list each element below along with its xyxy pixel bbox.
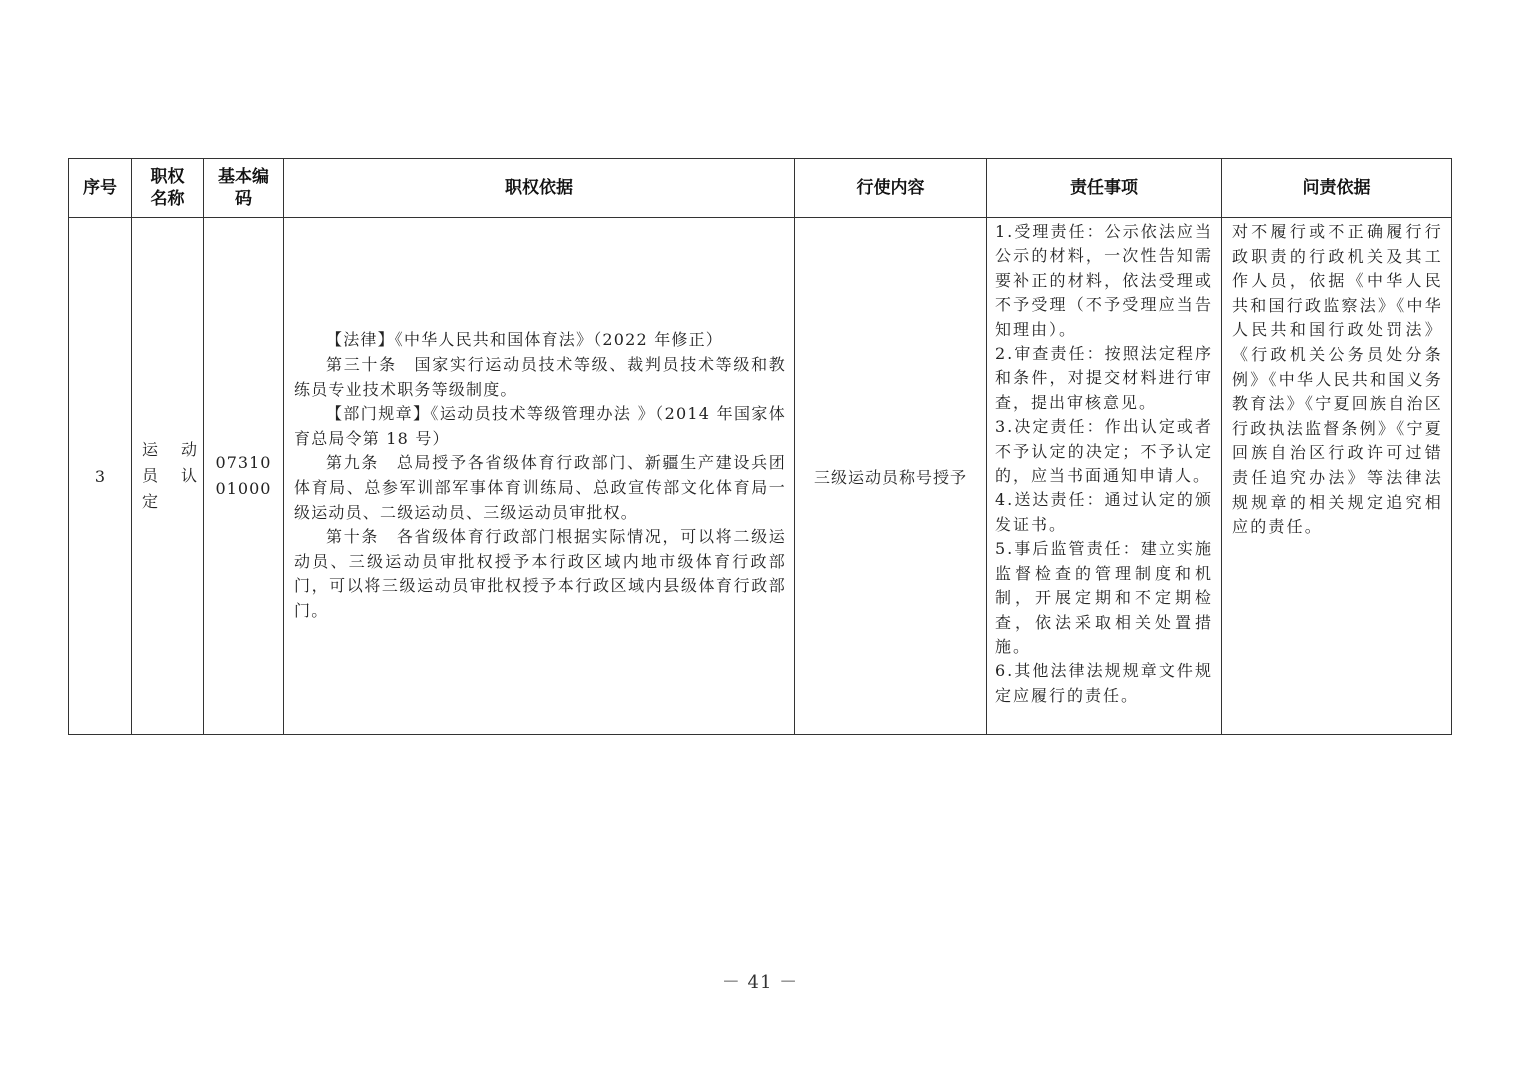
row-index: 3 xyxy=(69,218,132,735)
header-code: 基本编 码 xyxy=(204,159,284,218)
header-power-name: 职权 名称 xyxy=(132,159,204,218)
basis-paragraph: 【部门规章】《运动员技术等级管理办法 》（2014 年国家体育总局令第 18 号… xyxy=(294,402,786,451)
basis-paragraph: 【法律】《中华人民共和国体育法》（2022 年修正） xyxy=(294,328,786,353)
header-exercise-content: 行使内容 xyxy=(795,159,987,218)
duty-item: 1.受理责任：公示依法应当公示的材料，一次性告知需要补正的材料，依法受理或不予受… xyxy=(995,220,1213,342)
power-name-char: 员 xyxy=(142,463,158,489)
header-code-line1: 基本编 xyxy=(204,166,283,188)
power-name-line: 运 动 xyxy=(142,437,197,463)
table-header-row: 序号 职权 名称 基本编 码 职权依据 行使内容 责任事项 问责依据 xyxy=(69,159,1452,218)
row-legal-basis: 【法律】《中华人民共和国体育法》（2022 年修正） 第三十条 国家实行运动员技… xyxy=(284,218,795,735)
header-power-name-line2: 名称 xyxy=(132,188,203,210)
duty-item: 3.决定责任：作出认定或者不予认定的决定；不予认定的，应当书面通知申请人。 xyxy=(995,415,1213,488)
duty-item: 6.其他法律法规规章文件规定应履行的责任。 xyxy=(995,659,1213,708)
duty-item: 4.送达责任：通过认定的颁发证书。 xyxy=(995,488,1213,537)
row-responsibilities: 1.受理责任：公示依法应当公示的材料，一次性告知需要补正的材料，依法受理或不予受… xyxy=(987,218,1222,735)
duty-item: 2.审查责任：按照法定程序和条件，对提交材料进行审查，提出审核意见。 xyxy=(995,342,1213,415)
code-line1: 07310 xyxy=(204,450,283,476)
row-accountability-basis: 对不履行或不正确履行行政职责的行政机关及其工作人员，依据《中华人民共和国行政监察… xyxy=(1222,218,1452,735)
row-code: 07310 01000 xyxy=(204,218,284,735)
header-accountability-basis: 问责依据 xyxy=(1222,159,1452,218)
header-power-name-line1: 职权 xyxy=(132,166,203,188)
duty-item: 5.事后监管责任：建立实施监督检查的管理制度和机制，开展定期和不定期检查，依法采… xyxy=(995,537,1213,659)
basis-paragraph: 第三十条 国家实行运动员技术等级、裁判员技术等级和教练员专业技术职务等级制度。 xyxy=(294,353,786,402)
power-name-char: 定 xyxy=(142,489,158,515)
power-name-char: 动 xyxy=(181,437,197,463)
power-name-line: 定 xyxy=(142,489,197,515)
row-exercise-content: 三级运动员称号授予 xyxy=(795,218,987,735)
power-name-line: 员 认 xyxy=(142,463,197,489)
header-index: 序号 xyxy=(69,159,132,218)
header-code-line2: 码 xyxy=(204,188,283,210)
table-row: 3 运 动 员 认 定 07310 01000 【法律】《中华人民共和国体 xyxy=(69,218,1452,735)
header-legal-basis: 职权依据 xyxy=(284,159,795,218)
basis-paragraph: 第十条 各省级体育行政部门根据实际情况，可以将二级运动员、三级运动员审批权授予本… xyxy=(294,525,786,623)
page-number: － 41 － xyxy=(0,968,1520,994)
basis-paragraph: 第九条 总局授予各省级体育行政部门、新疆生产建设兵团体育局、总参军训部军事体育训… xyxy=(294,451,786,525)
power-name-char: 运 xyxy=(142,437,158,463)
power-name-char: 认 xyxy=(181,463,197,489)
row-power-name: 运 动 员 认 定 xyxy=(132,218,204,735)
code-line2: 01000 xyxy=(204,476,283,502)
responsibility-table: 序号 职权 名称 基本编 码 职权依据 行使内容 责任事项 问责依据 3 运 动 xyxy=(68,158,1452,735)
header-responsibilities: 责任事项 xyxy=(987,159,1222,218)
